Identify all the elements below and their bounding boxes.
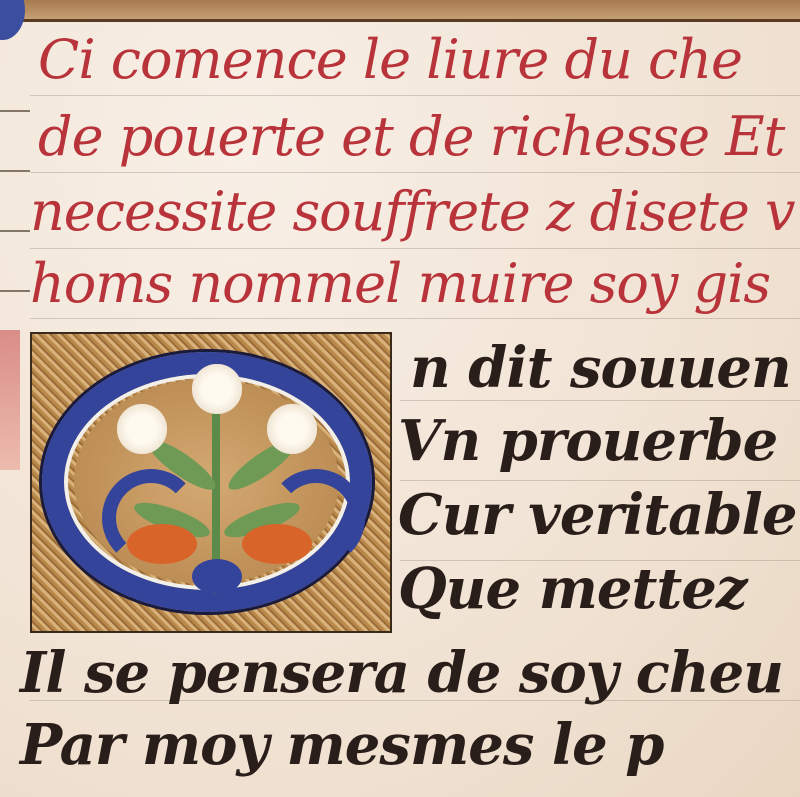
illuminated-initial [30,332,392,633]
text-line-2: Vn prouerbe [398,408,777,474]
lily-flower [267,404,317,454]
ruling-line [30,172,800,173]
gold-border-band [0,0,800,22]
acanthus-orange [127,524,197,564]
rubric-line-1: Ci comence le liure du che [38,28,742,91]
ruling-line [30,95,800,96]
ruling-line [30,318,800,319]
lily-flower [192,364,242,414]
rubric-line-3: necessite souffrete z disete v [30,180,794,243]
text-line-4: Que mettez [398,556,747,622]
ruling-line [30,248,800,249]
text-line-6: Par moy mesmes le p [20,712,663,778]
margin-flourish [0,80,30,340]
red-margin-ornament [0,330,20,470]
ruling-line [400,480,800,481]
text-line-3: Cur veritable [398,482,796,548]
acanthus-orange [242,524,312,564]
rubric-line-4: homs nommel muire soy gis [30,252,770,315]
acanthus-blue-base [192,559,242,594]
text-line-5: Il se pensera de soy cheu [20,640,783,706]
lily-flower [117,404,167,454]
rubric-line-2: de pouerte et de richesse Et [38,105,784,168]
text-line-1: n dit souuen [410,335,791,401]
